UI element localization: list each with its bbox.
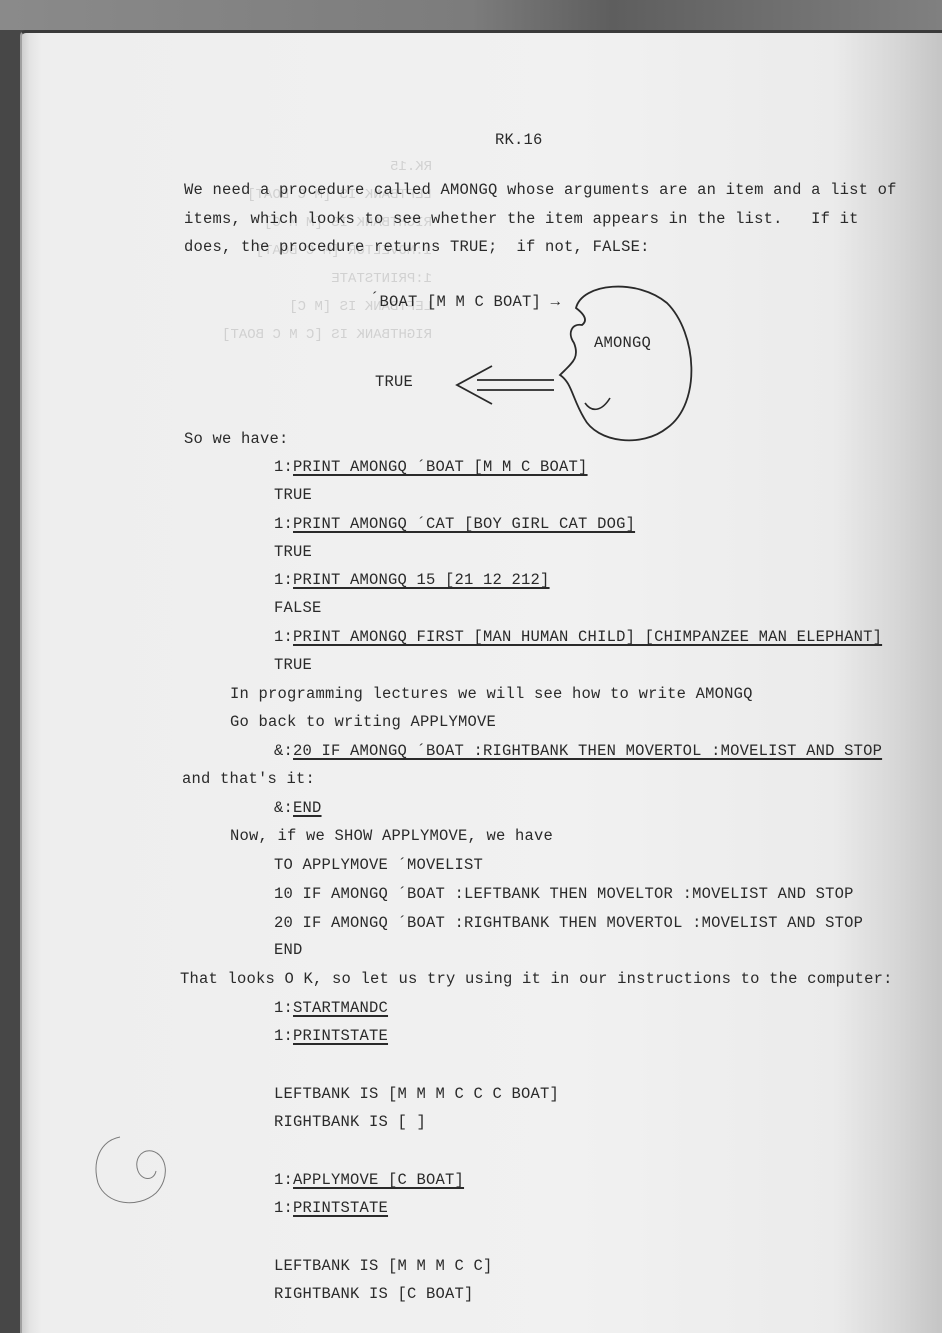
thats-it: and that's it: [182,770,315,788]
blob-outline [560,287,691,441]
diagram-box-label: AMONGQ [594,334,651,352]
scan-top-background [0,0,942,34]
intro-line-3: does, the procedure returns TRUE; if not… [184,238,650,256]
looks-ok: That looks O K, so let us try using it i… [180,970,893,988]
session-2-cmd-2: 1:PRINTSTATE [274,1199,388,1217]
arrow-left-icon [457,366,554,404]
intro-line-1: We need a procedure called AMONGQ whose … [184,181,897,199]
example-1-result: TRUE [274,486,312,504]
example-4-command: 1:PRINT AMONGQ FIRST [MAN HUMAN CHILD] [… [274,628,882,646]
procedure-line-4: END [274,941,303,959]
go-back-note: Go back to writing APPLYMOVE [230,713,496,731]
diagram-output: TRUE [375,373,413,391]
session-2-cmd-1: 1:APPLYMOVE [C BOAT] [274,1171,464,1189]
state-1-rightbank: RIGHTBANK IS [ ] [274,1113,426,1131]
pencil-spiral-mark [90,1131,174,1211]
lectures-note: In programming lectures we will see how … [230,685,753,703]
line-20-entry: &:20 IF AMONGQ ´BOAT :RIGHTBANK THEN MOV… [274,742,882,760]
procedure-line-3: 20 IF AMONGQ ´BOAT :RIGHTBANK THEN MOVER… [274,914,863,932]
example-2-command: 1:PRINT AMONGQ ´CAT [BOY GIRL CAT DOG] [274,515,635,533]
show-intro: Now, if we SHOW APPLYMOVE, we have [230,827,553,845]
example-4-result: TRUE [274,656,312,674]
state-2-leftbank: LEFTBANK IS [M M M C C] [274,1257,493,1275]
state-2-rightbank: RIGHTBANK IS [C BOAT] [274,1285,474,1303]
page-header: RK.16 [495,131,543,149]
document-page: RK.15 LEFTBANK IS [M C BOAT] RIGHTBANK I… [20,30,942,1333]
example-3-command: 1:PRINT AMONGQ 15 [21 12 212] [274,571,550,589]
procedure-line-1: TO APPLYMOVE ´MOVELIST [274,856,483,874]
amongq-blob-diagram [422,263,702,453]
so-we-have: So we have: [184,430,289,448]
session-1-cmd-1: 1:STARTMANDC [274,999,388,1017]
end-entry: &:END [274,799,322,817]
example-1-command: 1:PRINT AMONGQ ´BOAT [M M C BOAT] [274,458,588,476]
procedure-line-2: 10 IF AMONGQ ´BOAT :LEFTBANK THEN MOVELT… [274,885,854,903]
state-1-leftbank: LEFTBANK IS [M M M C C C BOAT] [274,1085,559,1103]
quote-mark: ´ [370,290,380,308]
example-2-result: TRUE [274,543,312,561]
session-1-cmd-2: 1:PRINTSTATE [274,1027,388,1045]
intro-line-2: items, which looks to see whether the it… [184,210,859,228]
example-3-result: FALSE [274,599,322,617]
